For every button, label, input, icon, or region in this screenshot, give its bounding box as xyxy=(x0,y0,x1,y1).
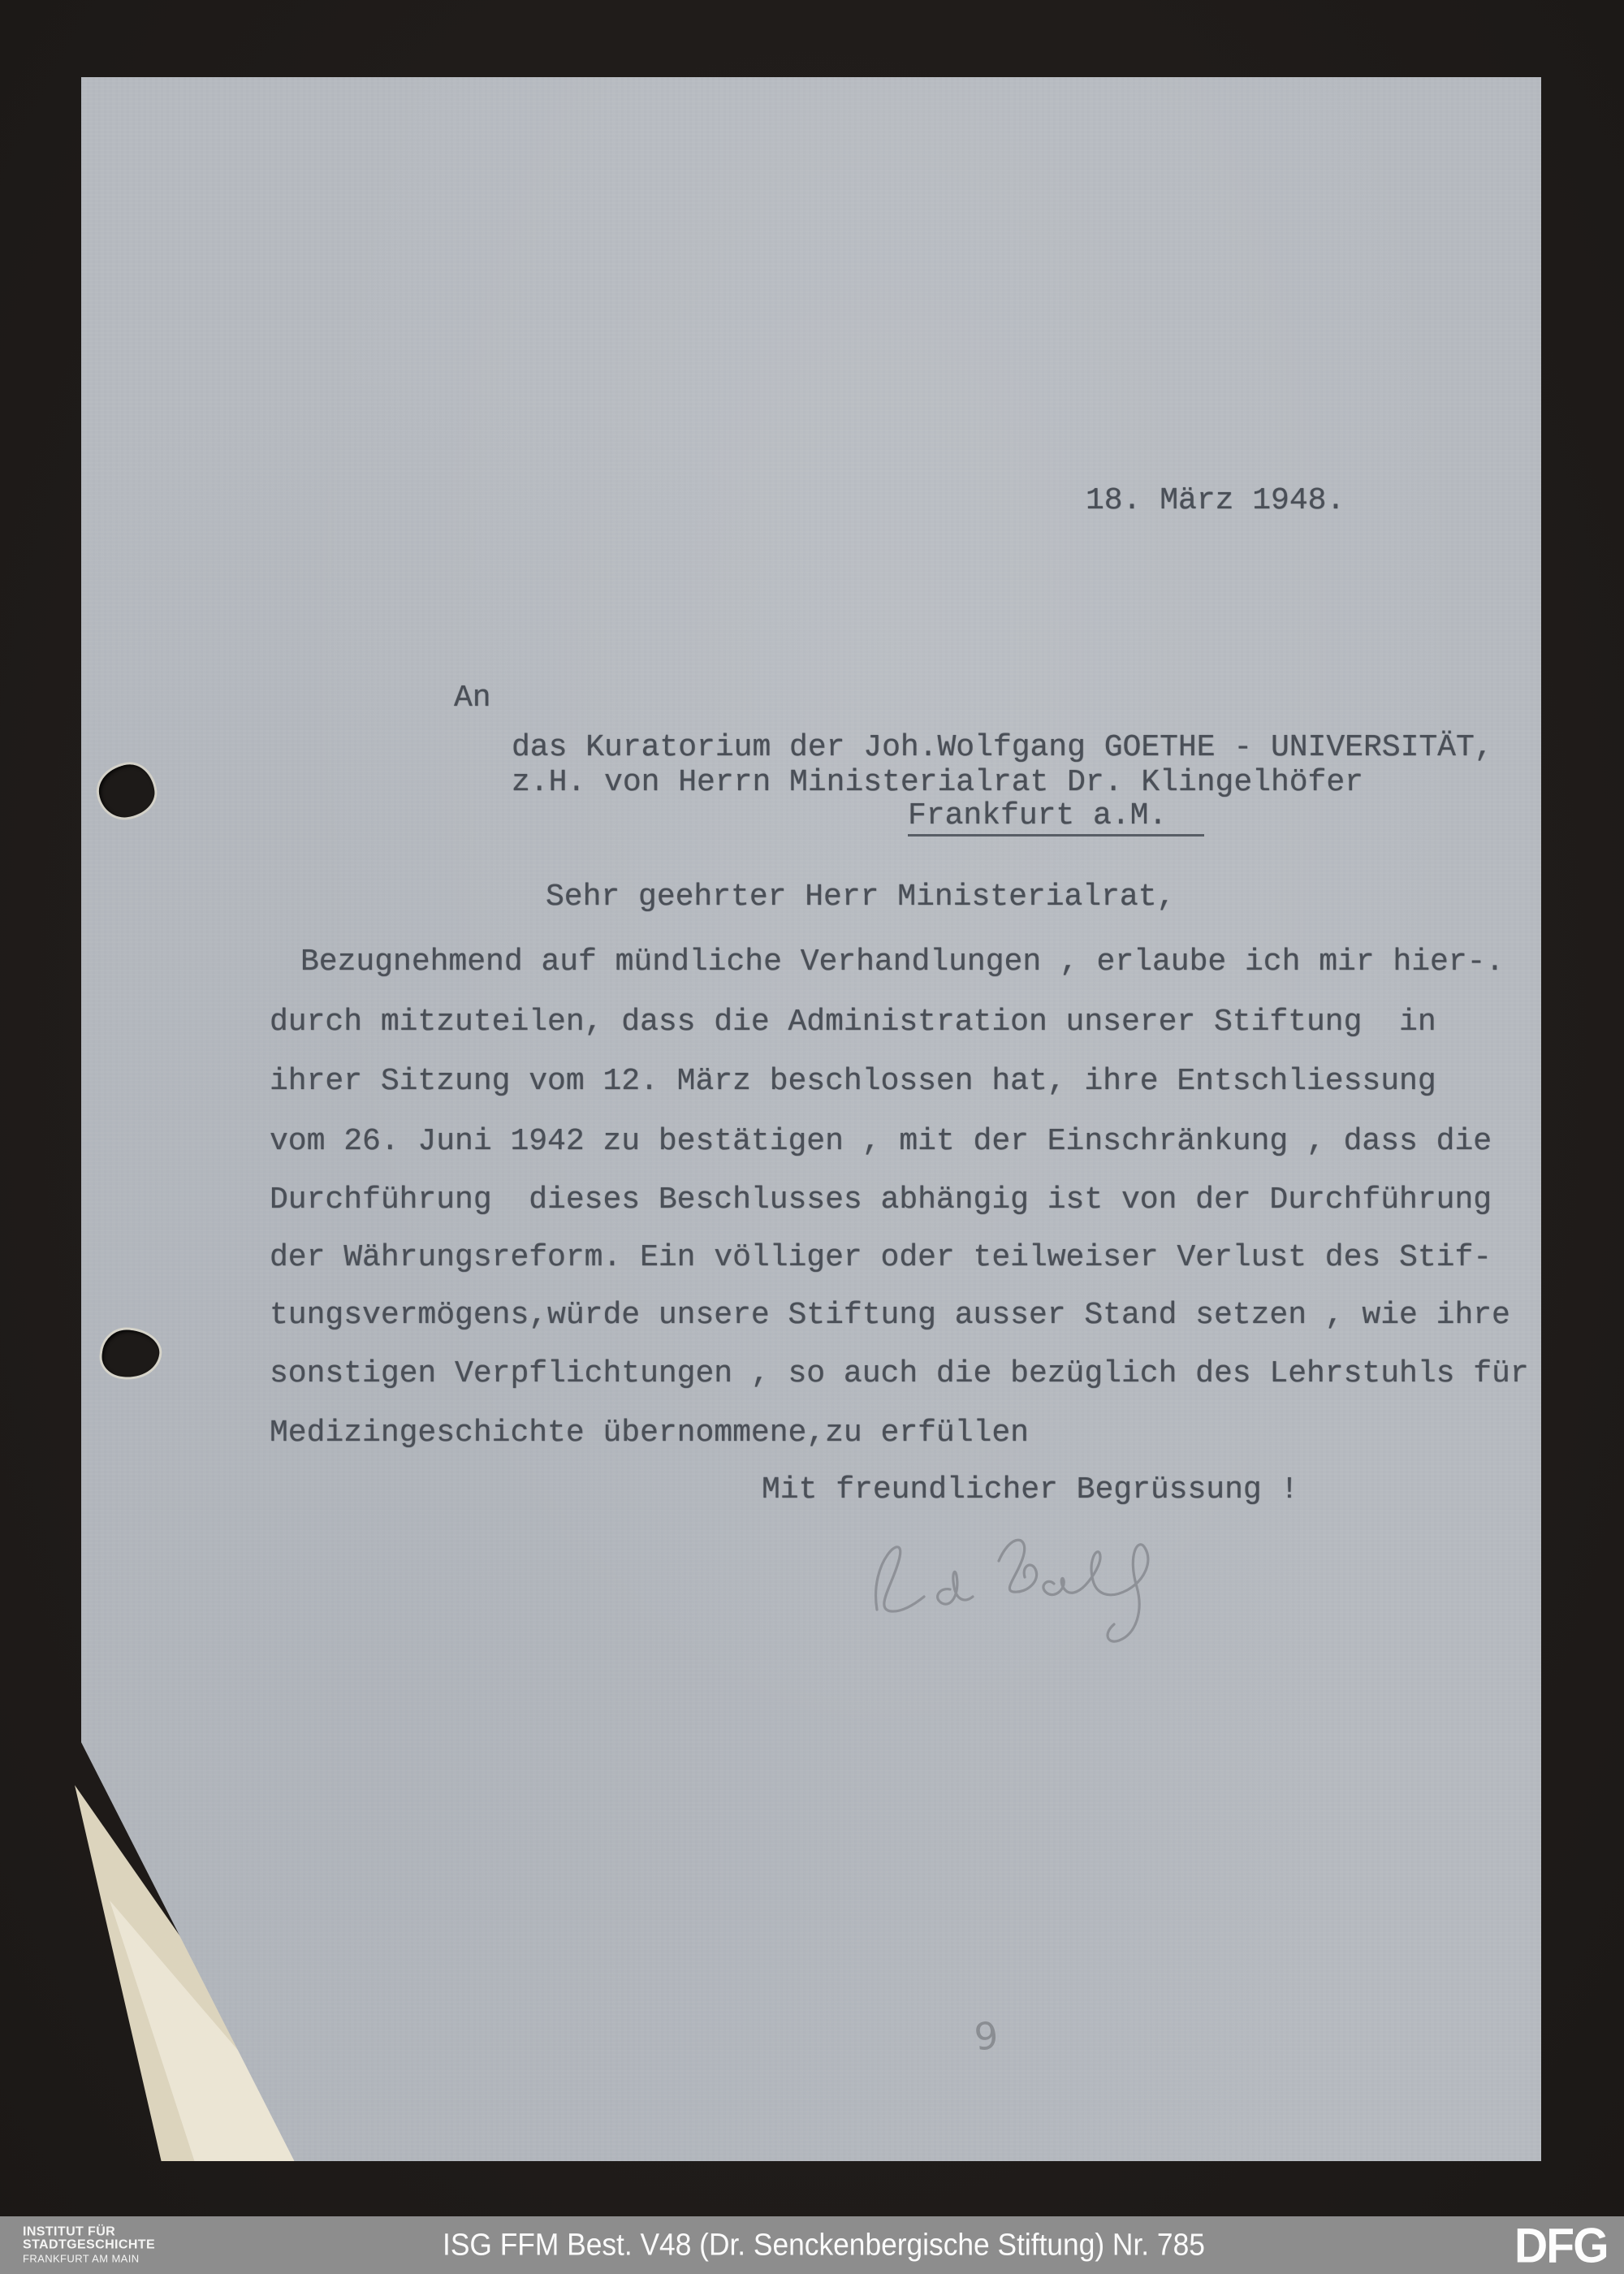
recipient-city-underlined: Frankfurt a.M. xyxy=(908,801,1204,837)
dfg-logo: DFG xyxy=(1514,2217,1608,2273)
body-line: Medizingeschichte übernommene,zu erfülle… xyxy=(270,1418,1029,1449)
scan-background: 18. März 1948. An das Kuratorium der Joh… xyxy=(0,0,1624,2274)
letter-page xyxy=(81,77,1541,2161)
archive-footer-bar: INSTITUT FÜR STADTGESCHICHTE FRANKFURT A… xyxy=(0,2216,1624,2274)
body-line: durch mitzuteilen, dass die Administrati… xyxy=(270,1007,1436,1038)
recipient-intro: An xyxy=(454,683,491,714)
letter-date: 18. März 1948. xyxy=(1086,486,1345,517)
archive-reference: ISG FFM Best. V48 (Dr. Senckenbergische … xyxy=(443,2228,1205,2263)
institution-line-2: STADTGESCHICHTE xyxy=(23,2239,155,2253)
body-line: tungsvermögens,würde unsere Stiftung aus… xyxy=(270,1300,1510,1331)
recipient-line-2: z.H. von Herrn Ministerialrat Dr. Klinge… xyxy=(512,767,1363,798)
salutation-line: Sehr geehrter Herr Ministerialrat, xyxy=(546,882,1175,913)
closing-line: Mit freundlicher Begrüssung ! xyxy=(762,1475,1298,1506)
body-line: vom 26. Juni 1942 zu bestätigen , mit de… xyxy=(270,1126,1492,1157)
body-line: ihrer Sitzung vom 12. März beschlossen h… xyxy=(270,1066,1436,1097)
pencil-page-number: 9 xyxy=(972,2013,1000,2060)
body-line: der Währungsreform. Ein völliger oder te… xyxy=(270,1243,1492,1273)
institution-line-1: INSTITUT FÜR xyxy=(23,2225,155,2239)
signature-handwriting xyxy=(828,1512,1202,1650)
institution-logo-text: INSTITUT FÜR STADTGESCHICHTE FRANKFURT A… xyxy=(23,2225,155,2265)
body-line: Bezugnehmend auf mündliche Verhandlungen… xyxy=(300,947,1504,978)
institution-line-3: FRANKFURT AM MAIN xyxy=(23,2254,155,2265)
body-line: sonstigen Verpflichtungen , so auch die … xyxy=(270,1359,1529,1390)
body-line: Durchführung dieses Beschlusses abhängig… xyxy=(270,1185,1492,1216)
recipient-line-1: das Kuratorium der Joh.Wolfgang GOETHE -… xyxy=(512,733,1493,763)
